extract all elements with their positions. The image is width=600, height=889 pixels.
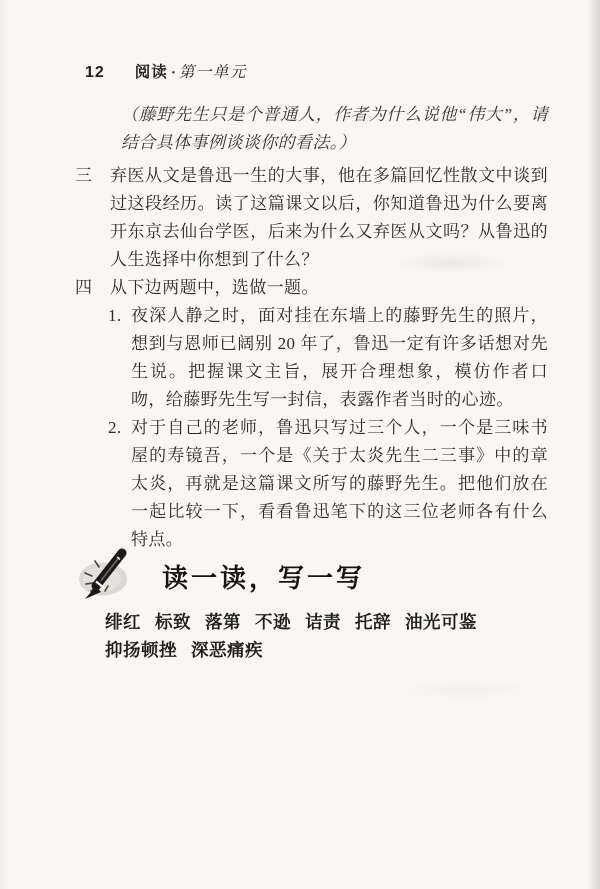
continuation-note: （藤野先生只是个普通人，作者为什么说他“伟大”，请结合具体事例谈谈你的看法。） [121,101,548,157]
word: 标致 [155,611,191,634]
question-four: 四 从下边两题中，选做一题。 [75,274,548,302]
word: 油光可鉴 [405,611,477,634]
textbook-page: 12 阅读 · 第一单元 （藤野先生只是个普通人，作者为什么说他“伟大”，请结合… [0,0,600,889]
subquestion-text: 夜深人静之时，面对挂在东墙上的藤野先生的照片，想到与恩师已阔别 20 年了，鲁迅… [131,302,548,414]
subquestion-number: 2. [108,414,131,442]
word: 托辞 [355,611,391,634]
word: 深恶痛疾 [191,639,263,662]
read-write-section: 读一读，写一写 [76,546,365,606]
question-number: 四 [75,274,110,302]
subquestion-1: 1. 夜深人静之时，面对挂在东墙上的藤野先生的照片，想到与恩师已阔别 20 年了… [108,302,548,414]
word: 抑扬顿挫 [105,639,177,662]
question-text: 弃医从文是鲁迅一生的大事，他在多篇回忆性散文中谈到过这段经历。读了这篇课文以后，… [110,162,548,274]
scan-shadow-left [0,0,10,889]
word-list: 绯红 标致 落第 不逊 诘责 托辞 油光可鉴 抑扬顿挫 深恶痛疾 [105,611,549,662]
section-title: 阅读 [135,60,168,82]
word: 落第 [205,611,241,634]
exercise-content: （藤野先生只是个普通人，作者为什么说他“伟大”，请结合具体事例谈谈你的看法。） … [75,101,548,554]
subquestion-number: 1. [108,302,131,330]
question-text: 从下边两题中，选做一题。 [110,274,548,302]
subquestion-text: 对于自己的老师，鲁迅只写过三个人，一个是三味书屋的寿镜吾，一个是《关于太炎先生二… [131,414,548,554]
word: 不逊 [255,611,291,634]
bleedthrough-smudge [395,680,535,700]
page-number: 12 [85,64,105,82]
read-write-title: 读一读，写一写 [162,558,365,595]
scan-shadow-right [587,0,600,889]
subquestion-2: 2. 对于自己的老师，鲁迅只写过三个人，一个是三味书屋的寿镜吾，一个是《关于太炎… [108,414,548,554]
question-three: 三 弃医从文是鲁迅一生的大事，他在多篇回忆性散文中谈到过这段经历。读了这篇课文以… [75,162,548,274]
word: 绯红 [105,611,141,634]
unit-title: 第一单元 [179,60,247,82]
question-number: 三 [75,162,110,190]
word: 诘责 [305,611,341,634]
running-header: 12 阅读 · 第一单元 [85,60,247,82]
header-separator: · [171,65,176,82]
pencil-icon [76,546,136,606]
